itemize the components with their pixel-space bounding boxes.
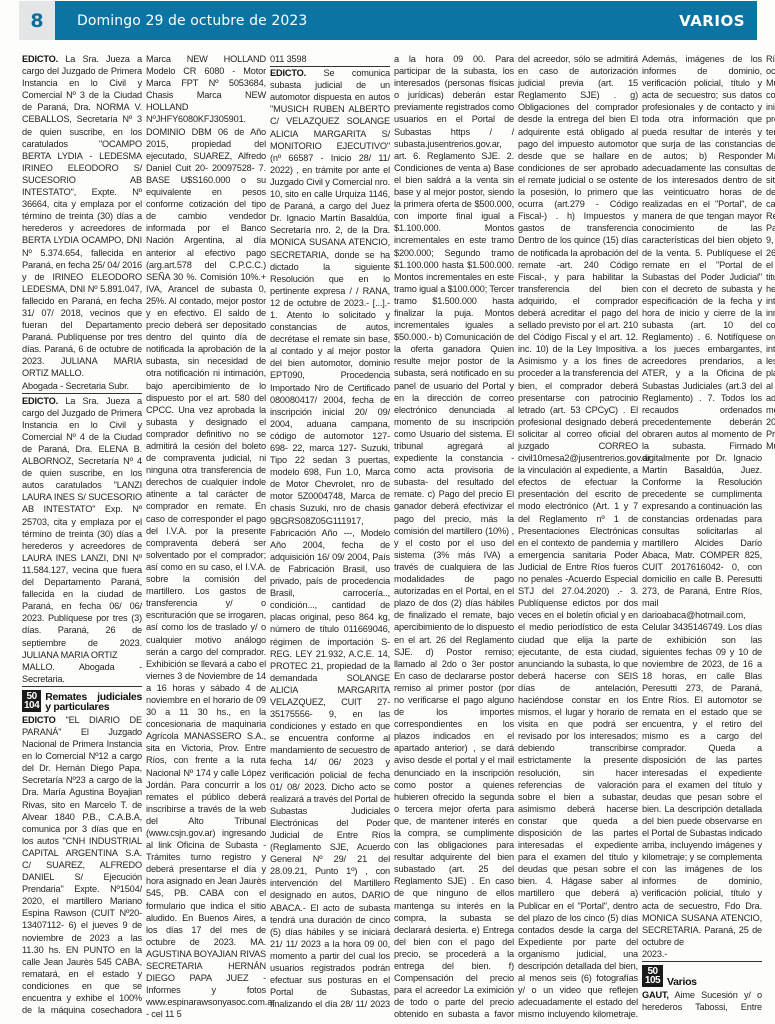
notice-keyword: EDICTO. (22, 54, 58, 64)
issue-date: Domingo 29 de octubre de 2023 (77, 13, 307, 29)
notice-keyword: GAUT, (642, 990, 669, 1000)
notice: EDICTO. Se comunica subasta judicial de … (270, 53, 762, 1021)
notice-signature: 2023.- (642, 948, 762, 962)
page-number: 8 (19, 1, 55, 40)
page-header: 8 Domingo 29 de octubre de 2023 VARIOS (19, 1, 757, 40)
classifieds-columns: EDICTO. La Sra. Jueza a cargo del Juzgad… (22, 53, 762, 1021)
notice-signature: 011 3598 (270, 53, 390, 67)
section-heading-remates: 50104 Remates judiciales y particulares (22, 690, 142, 712)
section-code-badge: 50104 (22, 690, 41, 712)
header-bar: Domingo 29 de octubre de 2023 VARIOS (55, 1, 757, 40)
notice-body: Se comunica subasta judicial de un autom… (270, 54, 762, 1019)
notice-keyword: EDICTO. (270, 68, 306, 78)
notice: EDICTO. La Sra. Jueza a cargo del Juzgad… (22, 395, 142, 687)
notice-signature: Abogada - Secretaria Subr. (22, 380, 142, 394)
notice-keyword: EDICTO (22, 715, 56, 725)
section-title: Remates judiciales y particulares (45, 692, 142, 712)
section-code-badge: 50105 (642, 965, 663, 987)
notice-keyword: EDICTO. (22, 396, 58, 406)
notice: EDICTO. La Sra. Jueza a cargo del Juzgad… (22, 53, 142, 394)
section-heading-varios: 50105 Varios (642, 965, 762, 987)
notice-body: La Sra. Jueza a cargo del Juzgado de Pri… (22, 54, 142, 378)
section-title: Varios (667, 977, 697, 987)
notice-body: La Sra. Jueza a cargo del Juzgado de Pri… (22, 396, 142, 660)
notice-signature: MALLO. Abogada - Secretaria. (22, 661, 142, 687)
section-name: VARIOS (679, 12, 745, 30)
column-flow: EDICTO. La Sra. Jueza a cargo del Juzgad… (22, 53, 762, 1021)
